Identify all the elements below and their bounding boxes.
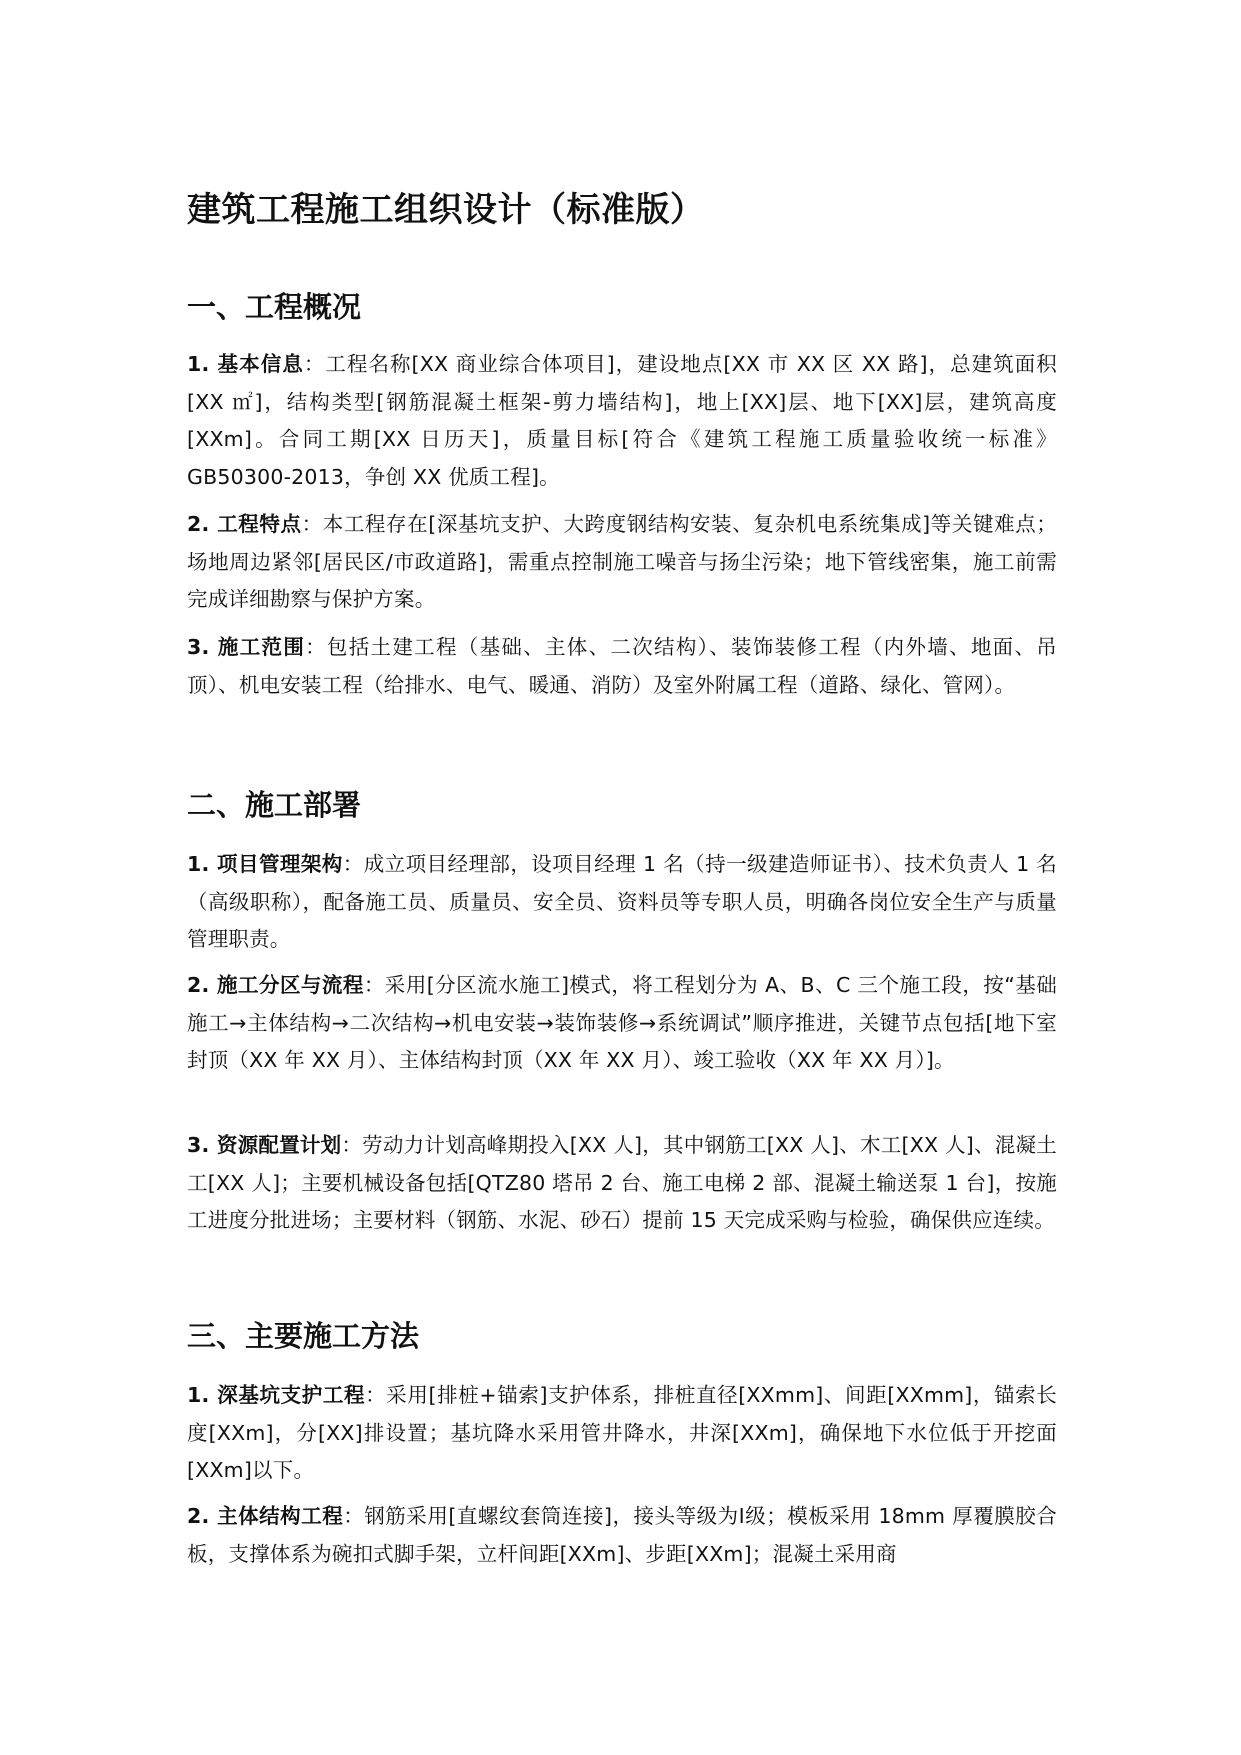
paragraph-label: 3. 施工范围 [187, 635, 305, 659]
document-title: 建筑工程施工组织设计（标准版） [187, 188, 705, 232]
paragraph-label: 3. 资源配置计划 [187, 1133, 341, 1157]
paragraph-text: ：工程名称[XX 商业综合体项目]，建设地点[XX 市 XX 区 XX 路]，总… [187, 352, 1057, 489]
paragraph-main-structure: 2. 主体结构工程：钢筋采用[直螺纹套筒连接]，接头等级为Ⅰ级；模板采用 18m… [187, 1498, 1057, 1573]
section-heading-methods: 三、主要施工方法 [187, 1316, 419, 1356]
paragraph-project-features: 2. 工程特点：本工程存在[深基坑支护、大跨度钢结构安装、复杂机电系统集成]等关… [187, 506, 1057, 619]
paragraph-zoning-and-process: 2. 施工分区与流程：采用[分区流水施工]模式，将工程划分为 A、B、C 三个施… [187, 967, 1057, 1080]
paragraph-label: 1. 基本信息 [187, 352, 304, 376]
paragraph-label: 2. 工程特点 [187, 512, 302, 536]
paragraph-resource-plan: 3. 资源配置计划：劳动力计划高峰期投入[XX 人]，其中钢筋工[XX 人]、木… [187, 1127, 1057, 1240]
paragraph-text: ：包括土建工程（基础、主体、二次结构）、装饰装修工程（内外墙、地面、吊顶）、机电… [187, 635, 1057, 697]
paragraph-construction-scope: 3. 施工范围：包括土建工程（基础、主体、二次结构）、装饰装修工程（内外墙、地面… [187, 629, 1057, 704]
paragraph-text: ：本工程存在[深基坑支护、大跨度钢结构安装、复杂机电系统集成]等关键难点；场地周… [187, 512, 1057, 611]
section-heading-overview: 一、工程概况 [187, 287, 361, 327]
section-heading-deployment: 二、施工部署 [187, 785, 361, 825]
paragraph-label: 1. 项目管理架构 [187, 852, 343, 876]
paragraph-label: 2. 施工分区与流程 [187, 973, 364, 997]
paragraph-label: 2. 主体结构工程 [187, 1504, 343, 1528]
paragraph-management-structure: 1. 项目管理架构：成立项目经理部，设项目经理 1 名（持一级建造师证书）、技术… [187, 846, 1057, 959]
paragraph-basic-info: 1. 基本信息：工程名称[XX 商业综合体项目]，建设地点[XX 市 XX 区 … [187, 346, 1057, 496]
paragraph-label: 1. 深基坑支护工程 [187, 1383, 365, 1407]
paragraph-deep-foundation-pit: 1. 深基坑支护工程：采用[排桩+锚索]支护体系，排桩直径[XXmm]、间距[X… [187, 1377, 1057, 1490]
